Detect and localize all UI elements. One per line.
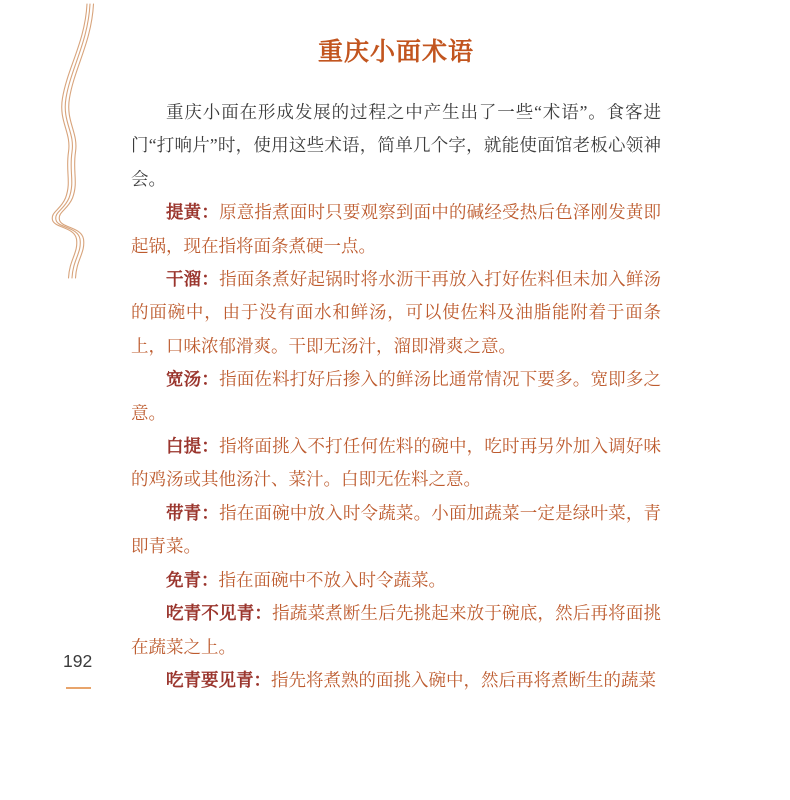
body-text: 重庆小面在形成发展的过程之中产生出了一些“术语”。食客进门“打响片”时，使用这些… [131,96,661,697]
intro-paragraph: 重庆小面在形成发展的过程之中产生出了一些“术语”。食客进门“打响片”时，使用这些… [131,96,661,196]
term-label: 宽汤： [166,369,219,389]
term-entry-ganliu: 干溜：指面条煮好起锅时将水沥干再放入打好佐料但未加入鲜汤的面碗中，由于没有面水和… [131,263,661,363]
term-entry-tihuang: 提黄：原意指煮面时只要观察到面中的碱经受热后色泽刚发黄即起锅，现在指将面条煮硬一… [131,196,661,263]
wavy-lines-icon [0,0,130,300]
term-label: 提黄： [166,202,219,222]
term-entry-mianqing: 免青：指在面碗中不放入时令蔬菜。 [131,564,661,597]
term-label: 免青： [166,570,219,590]
intro-text: 重庆小面在形成发展的过程之中产生出了一些“术语”。食客进门“打响片”时，使用这些… [131,102,661,189]
term-label: 带青： [166,503,219,523]
page-number-block: 192 [63,651,97,689]
term-label: 吃青不见青： [166,603,272,623]
term-definition: 指在面碗中不放入时令蔬菜。 [219,570,447,590]
term-label: 白提： [166,436,219,456]
term-entry-chiqing-bujianqing: 吃青不见青：指蔬菜煮断生后先挑起来放于碗底，然后再将面挑在蔬菜之上。 [131,597,661,664]
page-title: 重庆小面术语 [131,32,661,68]
page-number: 192 [63,651,92,671]
book-page: 重庆小面术语 重庆小面在形成发展的过程之中产生出了一些“术语”。食客进门“打响片… [0,0,790,800]
term-entry-chiqing-yaojianqing: 吃青要见青：指先将煮熟的面挑入碗中，然后再将煮断生的蔬菜 [131,664,661,697]
term-entry-baiti: 白提：指将面挑入不打任何佐料的碗中，吃时再另外加入调好味的鸡汤或其他汤汁、菜汁。… [131,430,661,497]
page-number-rule [66,687,91,689]
term-label: 吃青要见青： [166,670,271,690]
term-definition: 指先将煮熟的面挑入碗中，然后再将煮断生的蔬菜 [271,670,656,690]
term-label: 干溜： [166,269,219,289]
term-entry-daiqing: 带青：指在面碗中放入时令蔬菜。小面加蔬菜一定是绿叶菜，青即青菜。 [131,497,661,564]
term-entry-kuantang: 宽汤：指面佐料打好后掺入的鲜汤比通常情况下要多。宽即多之意。 [131,363,661,430]
